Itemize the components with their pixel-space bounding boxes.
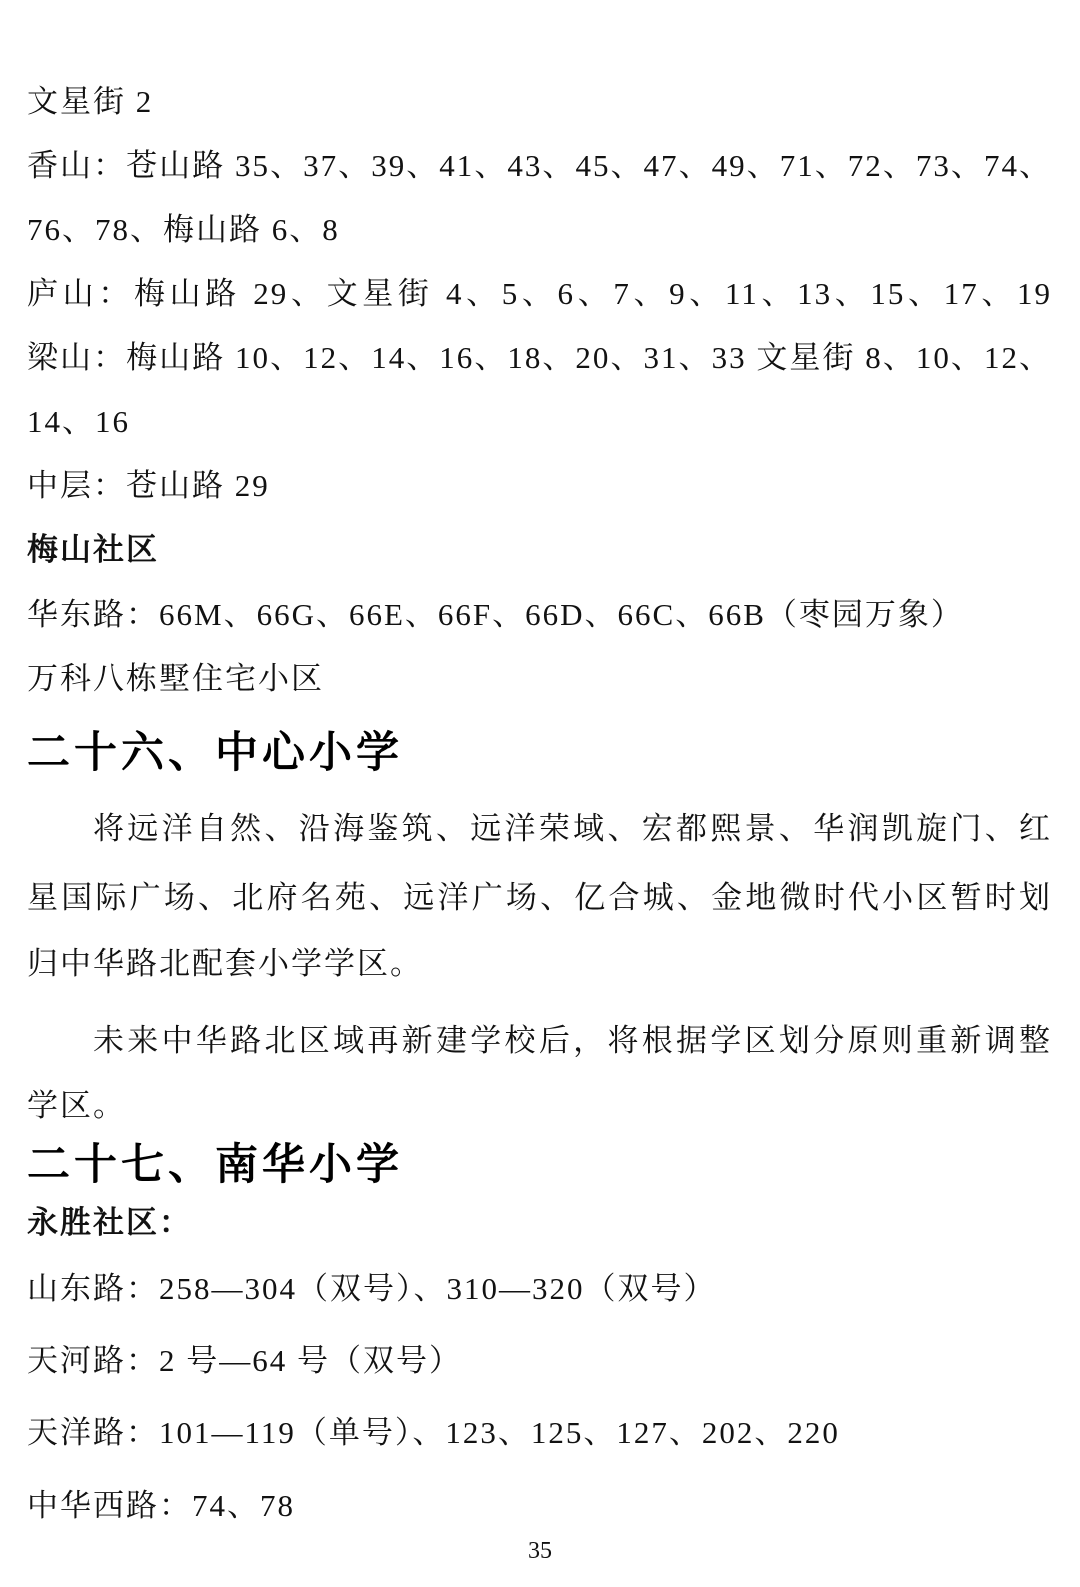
line-wenxingjie: 文星街 2 <box>27 80 1052 124</box>
section-heading-27-nanhua-primary: 二十七、南华小学 <box>27 1136 1052 1194</box>
line-tianhelu: 天河路：2 号—64 号（双号） <box>27 1339 1052 1383</box>
line-xiangshan-part1: 香山：苍山路 35、37、39、41、43、45、47、49、71、72、73、… <box>27 144 1052 188</box>
paragraph-26b-line1: 未来中华路北区域再新建学校后，将根据学区划分原则重新调整 <box>27 1019 1052 1063</box>
document-page: 文星街 2 香山：苍山路 35、37、39、41、43、45、47、49、71、… <box>0 0 1080 1587</box>
line-xiangshan-part2: 76、78、梅山路 6、8 <box>27 208 1052 252</box>
line-shandonglu: 山东路：258—304（双号）、310—320（双号） <box>27 1267 1052 1311</box>
paragraph-26a-line1: 将远洋自然、沿海鉴筑、远洋荣域、宏都熙景、华润凯旋门、红 <box>27 807 1052 851</box>
section-heading-26-zhongxin-primary: 二十六、中心小学 <box>27 724 1052 782</box>
line-lushan: 庐山：梅山路 29、文星街 4、5、6、7、9、11、13、15、17、19 <box>27 272 1052 316</box>
page-number: 35 <box>0 1536 1080 1566</box>
line-huadonglu: 华东路：66M、66G、66E、66F、66D、66C、66B（枣园万象） <box>27 593 1052 637</box>
subheading-meishan-community: 梅山社区 <box>27 528 1052 572</box>
line-tianyanglu: 天洋路：101—119（单号）、123、125、127、202、220 <box>27 1411 1052 1455</box>
paragraph-26a-line3: 归中华路北配套小学学区。 <box>27 942 1052 986</box>
subheading-yongsheng-community: 永胜社区： <box>27 1201 1052 1245</box>
paragraph-26a-line2: 星国际广场、北府名苑、远洋广场、亿合城、金地微时代小区暂时划 <box>27 876 1052 920</box>
paragraph-26b-line2: 学区。 <box>27 1084 1052 1128</box>
line-zhonghuaxilu: 中华西路：74、78 <box>27 1484 1052 1528</box>
line-liangshan-part1: 梁山：梅山路 10、12、14、16、18、20、31、33 文星街 8、10、… <box>27 336 1052 380</box>
line-liangshan-part2: 14、16 <box>27 400 1052 444</box>
line-zhongceng: 中层：苍山路 29 <box>27 464 1052 508</box>
line-wanke: 万科八栋墅住宅小区 <box>27 657 1052 701</box>
